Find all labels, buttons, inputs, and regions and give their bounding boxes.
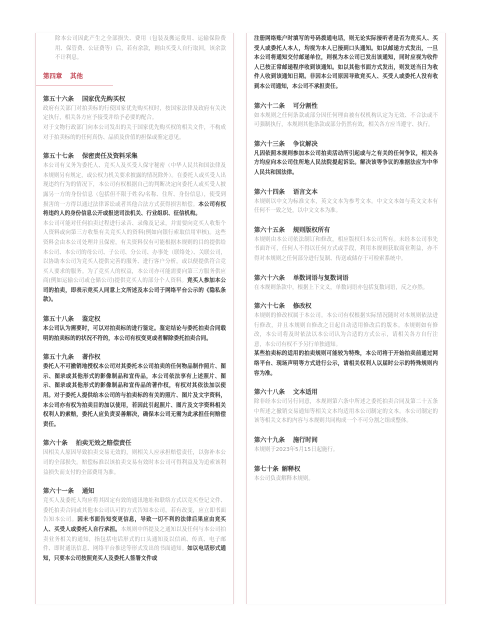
article-name: 鉴定权 bbox=[82, 316, 101, 323]
article-number: 第六十七条 bbox=[254, 303, 285, 310]
article-number: 第六十五条 bbox=[254, 227, 285, 234]
article-paragraph: 本公司有义务为委托人、竞买人及买受人保守秘密（中华人民共和国法律及本规则另有规定… bbox=[43, 162, 226, 220]
article-name: 保密责任及资料采集 bbox=[82, 153, 138, 160]
document-page-right: 注册网络账户时填写的号码拨通电话，则无论实际接听者是否为竞买人、买受人或委托人本… bbox=[246, 33, 446, 604]
article-number: 第六十六条 bbox=[254, 275, 285, 282]
article-number: 第六十二条 bbox=[254, 103, 285, 110]
article-number: 第六十三条 bbox=[254, 141, 285, 148]
article-paragraph: 对于文物行政部门向本公司发出的关于国家优先购买权的相关文件，不构成对于拍卖标的的… bbox=[43, 124, 226, 143]
article-68: 第六十八条文本适用 除非经本公司另行同意，本规则第六条中所述之委托拍卖合同及第二… bbox=[254, 388, 438, 427]
article-67: 第六十七条修改权 本规则的修改权属于本公司。本公司有权根据实际情况随时对本规则依… bbox=[254, 302, 438, 379]
chapter-name: 其他 bbox=[70, 72, 83, 80]
article-69: 第六十九条施行时间 本规则于2023年5月15日起施行。 bbox=[254, 436, 438, 456]
article-61: 第六十一条通知 竞买人及委托人均应将其固定有效的通讯地址和联络方式以竞买登记文件… bbox=[43, 487, 226, 564]
article-62: 第六十二条可分割性 如本规则之任何条款或部分因任何理由被有权机构认定为无效、不合… bbox=[254, 102, 438, 131]
article-paragraph: 在本规则条款中，根据上下文义，单数词语亦包括复数词语，反之亦然。 bbox=[254, 284, 438, 294]
article-paragraph: 因相关人原因导致拍卖交易无效的，则相关人应承担赔偿责任，以弥补本公司的全部损失。… bbox=[43, 449, 226, 478]
article-name: 著作权 bbox=[82, 354, 101, 361]
article-70: 第七十条解释权 本公司负责解释本规则。 bbox=[254, 465, 438, 485]
article-name: 国家优先购买权 bbox=[82, 96, 125, 103]
article-title: 第七十条解释权 bbox=[254, 465, 438, 474]
article-number: 第五十六条 bbox=[43, 96, 74, 103]
article-title: 第六十三条争议解决 bbox=[254, 140, 438, 149]
article-58: 第五十八条鉴定权 本公司认为需要时，可以对拍卖标的进行鉴定。鉴定结论与委托拍卖合… bbox=[43, 315, 226, 344]
article-66: 第六十六条单数词语与复数词语 在本规则条款中，根据上下文义，单数词语亦包括复数词… bbox=[254, 274, 438, 294]
article-paragraph: 本公司可能对任何拍卖过程进行录音、录像及记录，并需要向竞买人收集个人资料或向第三… bbox=[43, 220, 226, 306]
article-number: 第五十七条 bbox=[43, 153, 74, 160]
article-number: 第五十八条 bbox=[43, 316, 74, 323]
article-name: 单数词语与复数词语 bbox=[293, 275, 349, 282]
article-name: 通知 bbox=[82, 488, 94, 495]
article-59: 第五十九条著作权 委托人不可撤销地授权本公司对其委托本公司拍卖的任何物品制作照片… bbox=[43, 353, 226, 430]
article-paragraph: 本规则于2023年5月15日起施行。 bbox=[254, 446, 438, 456]
article-paragraph: 本公司负责解释本规则。 bbox=[254, 475, 438, 485]
article-title: 第六十七条修改权 bbox=[254, 302, 438, 311]
article-56: 第五十六条国家优先购买权 政府有关部门对拍卖标的行使国家优先购买权时，按国家法律… bbox=[43, 95, 226, 143]
article-paragraph: 本规则以中文为标准文本，英文文本为参考文本。中文文本如与英文文本有任何不一致之处… bbox=[254, 198, 438, 217]
article-number: 第六十一条 bbox=[43, 488, 74, 495]
article-number: 第六十八条 bbox=[254, 389, 285, 396]
article-name: 文本适用 bbox=[293, 389, 318, 396]
article-title: 第六十八条文本适用 bbox=[254, 388, 438, 397]
article-number: 第六十九条 bbox=[254, 437, 285, 444]
intro-text: 除本公司因此产生之全部损失、费用（包装及搬运费用、运输保险费用、保管费、公证费等… bbox=[43, 35, 226, 64]
article-paragraph: 本规则的修改权属于本公司。本公司有权根据实际情况随时对本规则依法进行修改，并且本… bbox=[254, 312, 438, 350]
chapter-heading: 第四章其他 bbox=[36, 72, 113, 86]
article-65: 第六十五条规则版权所有 本规则由本公司依法制订和修改，相应版权归本公司所有。未经… bbox=[254, 226, 438, 265]
article-number: 第六十四条 bbox=[254, 189, 285, 196]
article-name: 争议解决 bbox=[293, 141, 318, 148]
article-number: 第五十九条 bbox=[43, 354, 74, 361]
article-title: 第五十七条保密责任及资料采集 bbox=[43, 152, 226, 161]
article-title: 第五十六条国家优先购买权 bbox=[43, 95, 226, 104]
article-name: 解释权 bbox=[282, 466, 301, 473]
article-paragraph: 本规则由本公司依法制订和修改，相应版权归本公司所有。未经本公司事先书面许可，任何… bbox=[254, 236, 438, 265]
article-name: 可分割性 bbox=[293, 103, 318, 110]
article-title: 第六十六条单数词语与复数词语 bbox=[254, 274, 438, 283]
article-name: 拍卖无效之赔偿责任 bbox=[76, 440, 132, 447]
article-63: 第六十三条争议解决 凡因依照本规则参加本公司拍卖活动所引起或与之有关的任何争议，… bbox=[254, 140, 438, 179]
article-64: 第六十四条语言文本 本规则以中文为标准文本，英文文本为参考文本。中文文本如与英文… bbox=[254, 188, 438, 217]
article-title: 第六十二条可分割性 bbox=[254, 102, 438, 111]
article-title: 第五十九条著作权 bbox=[43, 353, 226, 362]
article-paragraph: 委托人不可撤销地授权本公司对其委托本公司拍卖的任何物品制作照片、图示、图录或其他… bbox=[43, 363, 226, 430]
article-number: 第六十条 bbox=[43, 440, 68, 447]
article-title: 第六十一条通知 bbox=[43, 487, 226, 496]
article-name: 规则版权所有 bbox=[293, 227, 330, 234]
article-number: 第七十条 bbox=[254, 466, 279, 473]
article-paragraph: 竞买人及委托人均应将其固定有效的通讯地址和联络方式以竞买登记文件、委托拍卖合同或… bbox=[43, 497, 226, 564]
article-paragraph: 如本规则之任何条款或部分因任何理由被有权机构认定为无效、不合法或不可强制执行，本… bbox=[254, 112, 438, 131]
chapter-number: 第四章 bbox=[43, 72, 62, 80]
document-page-left: 除本公司因此产生之全部损失、费用（包装及搬运费用、运输保险费用、保管费、公证费等… bbox=[35, 33, 234, 604]
continued-text: 注册网络账户时填写的号码拨通电话，则无论实际接听者是否为竞买人、买受人或委托人本… bbox=[254, 35, 438, 93]
article-paragraph: 凡因依照本规则参加本公司拍卖活动所引起或与之有关的任何争议，相关各方均应向本公司… bbox=[254, 150, 438, 179]
article-title: 第五十八条鉴定权 bbox=[43, 315, 226, 324]
article-name: 语言文本 bbox=[293, 189, 318, 196]
article-title: 第六十九条施行时间 bbox=[254, 436, 438, 445]
article-57: 第五十七条保密责任及资料采集 本公司有义务为委托人、竞买人及买受人保守秘密（中华… bbox=[43, 152, 226, 306]
article-name: 修改权 bbox=[293, 303, 312, 310]
article-title: 第六十四条语言文本 bbox=[254, 188, 438, 197]
article-title: 第六十五条规则版权所有 bbox=[254, 226, 438, 235]
article-paragraph: 某些拍卖标的适用的拍卖规则可能较为特殊，本公司将于开始拍卖前通过网络平台、现场声… bbox=[254, 350, 438, 379]
article-paragraph: 政府有关部门对拍卖标的行使国家优先购买权时，按国家法律及政府有关决定执行，相关各… bbox=[43, 105, 226, 124]
article-60: 第六十条拍卖无效之赔偿责任 因相关人原因导致拍卖交易无效的，则相关人应承担赔偿责… bbox=[43, 439, 226, 478]
article-name: 施行时间 bbox=[293, 437, 318, 444]
article-paragraph: 除非经本公司另行同意，本规则第六条中所述之委托拍卖合同及第二十五条中所述之撤销交… bbox=[254, 398, 438, 427]
article-paragraph: 本公司认为需要时，可以对拍卖标的进行鉴定。鉴定结论与委托拍卖合同载明的拍卖标的的… bbox=[43, 325, 226, 344]
article-title: 第六十条拍卖无效之赔偿责任 bbox=[43, 439, 226, 448]
